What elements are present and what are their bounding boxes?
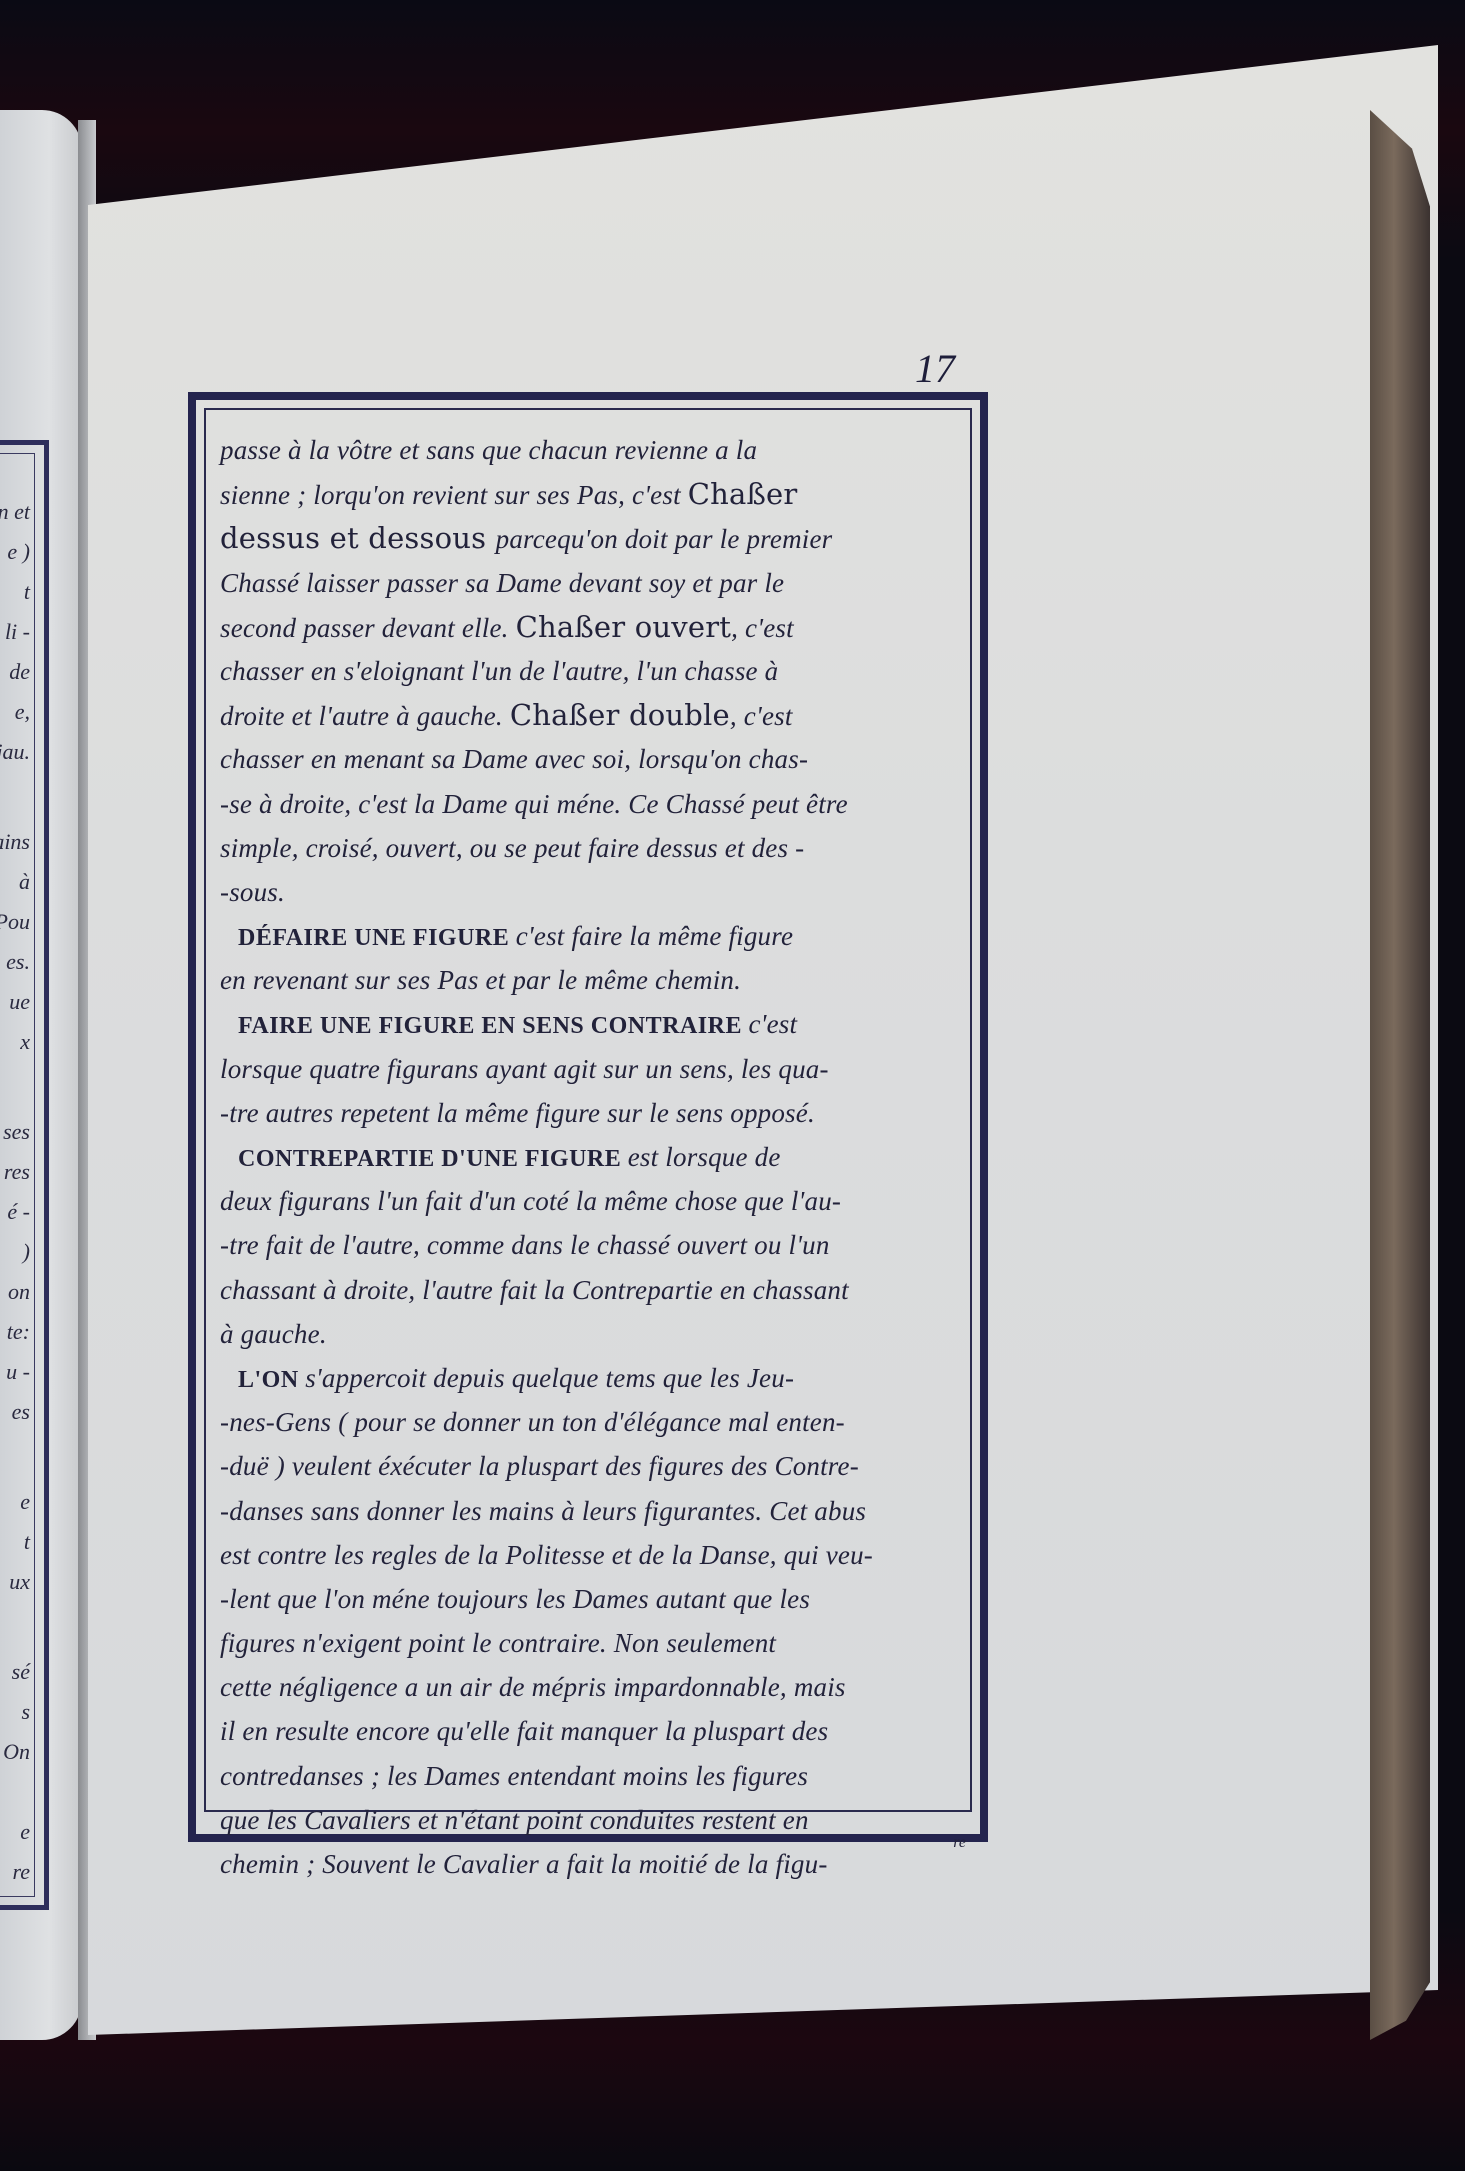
text-span: -duë ) veulent éxécuter la pluspart des … [220,1451,859,1481]
text-line: L'ON s'appercoit depuis quelque tems que… [220,1356,956,1400]
left-page-text-fragment: s [21,1699,30,1725]
left-page-text-fragment: ) [23,1239,30,1265]
text-span: -tre autres repetent la même figure sur … [220,1098,815,1128]
text-span: -tre fait de l'autre, comme dans le chas… [220,1230,830,1260]
text-span: que les Cavaliers et n'étant point condu… [220,1805,809,1835]
left-page-text-fragment: n et [0,499,30,525]
text-span: chassant à droite, l'autre fait la Contr… [220,1275,849,1305]
left-page-text-fragment: jau. [0,739,30,765]
term-heading: CONTREPARTIE D'UNE FIGURE [238,1146,628,1172]
text-span: il en resulte encore qu'elle fait manque… [220,1716,828,1746]
page-number: 17 [915,345,955,392]
left-page-text-fragment: e, [15,699,30,725]
text-line: chasser en s'eloignant l'un de l'autre, … [220,649,956,693]
text-span: s'appercoit depuis quelque tems que les … [305,1363,794,1393]
text-line: il en resulte encore qu'elle fait manque… [220,1709,956,1753]
term-heading: DÉFAIRE UNE FIGURE [238,925,516,951]
text-line: cette négligence a un air de mépris impa… [220,1665,956,1709]
term-heading: FAIRE UNE FIGURE EN SENS CONTRAIRE [238,1013,748,1039]
term-roman: Chaßer double [510,698,730,732]
left-page-text-fragment: te: [7,1319,30,1345]
engraved-text-frame: passe à la vôtre et sans que chacun revi… [188,392,988,1842]
page-block-edge [1370,110,1430,2040]
left-page-text-fragment: t [24,1529,30,1555]
text-span: figures n'exigent point le contraire. No… [220,1628,776,1658]
text-line: -duë ) veulent éxécuter la pluspart des … [220,1444,956,1488]
text-span: droite et l'autre à gauche. [220,701,510,731]
left-page-text-fragment: sé [12,1659,30,1685]
left-page-text-fragment: de [9,659,30,685]
text-span: Chassé laisser passer sa Dame devant soy… [220,568,784,598]
text-line: second passer devant elle. Chaßer ouvert… [220,605,956,649]
left-page-text-fragment: Pou [0,909,30,935]
text-line: dessus et dessous parcequ'on doit par le… [220,516,956,560]
text-span: , c'est [731,613,794,643]
text-line: figures n'exigent point le contraire. No… [220,1621,956,1665]
text-line: sienne ; lorqu'on revient sur ses Pas, c… [220,472,956,516]
text-line: est contre les regles de la Politesse et… [220,1533,956,1577]
text-line: -sous. [220,870,956,914]
text-line: simple, croisé, ouvert, ou se peut faire… [220,826,956,870]
text-line: -se à droite, c'est la Dame qui méne. Ce… [220,782,956,826]
text-span: passe à la vôtre et sans que chacun revi… [220,435,757,465]
text-line: passe à la vôtre et sans que chacun revi… [220,428,956,472]
text-line: chemin ; Souvent le Cavalier a fait la m… [220,1842,956,1886]
text-span: second passer devant elle. [220,613,516,643]
text-span: -danses sans donner les mains à leurs fi… [220,1496,866,1526]
term-roman: dessus et dessous [220,521,496,555]
catchword: re [953,1834,966,1852]
text-line: -lent que l'on méne toujours les Dames a… [220,1577,956,1621]
text-line: -nes-Gens ( pour se donner un ton d'élég… [220,1400,956,1444]
text-line: à gauche. [220,1312,956,1356]
text-line: -danses sans donner les mains à leurs fi… [220,1489,956,1533]
term-heading: L'ON [238,1367,305,1393]
text-span: deux figurans l'un fait d'un coté la mêm… [220,1186,841,1216]
text-span: en revenant sur ses Pas et par le même c… [220,965,741,995]
text-block: passe à la vôtre et sans que chacun revi… [204,408,972,1812]
left-page-text-fragment: ue [9,989,30,1015]
text-line: DÉFAIRE UNE FIGURE c'est faire la même f… [220,914,956,958]
left-page-text-fragment: re [12,1859,30,1885]
text-line: chasser en menant sa Dame avec soi, lors… [220,737,956,781]
text-span: chasser en menant sa Dame avec soi, lors… [220,744,808,774]
left-page-text-fragment: ses [3,1119,30,1145]
text-span: contredanses ; les Dames entendant moins… [220,1761,808,1791]
left-page-text-fragment: ains [0,829,30,855]
term-roman: Chaßer [688,477,798,511]
text-line: en revenant sur ses Pas et par le même c… [220,958,956,1002]
left-page-text-fragment: x [20,1029,30,1055]
text-line: lorsque quatre figurans ayant agit sur u… [220,1047,956,1091]
text-span: -sous. [220,877,285,907]
text-span: simple, croisé, ouvert, ou se peut faire… [220,833,804,863]
text-line: -tre autres repetent la même figure sur … [220,1091,956,1135]
left-page-text-fragment: e [20,1819,30,1845]
left-page-text-fragment: es [12,1399,30,1425]
term-roman: Chaßer ouvert [516,610,732,644]
text-span: c'est faire la même figure [516,921,793,951]
left-page-text-fragment: es. [6,949,30,975]
left-page-text-fragment: e [20,1489,30,1515]
text-span: à gauche. [220,1319,327,1349]
text-line: chassant à droite, l'autre fait la Contr… [220,1268,956,1312]
left-page-text-fragment: on [8,1279,30,1305]
left-page-text-fragment: ux [9,1569,30,1595]
text-span: -se à droite, c'est la Dame qui méne. Ce… [220,789,848,819]
text-span: est contre les regles de la Politesse et… [220,1540,873,1570]
left-page: n ete )tli -dee,jau.ainsàPoues.uexsesres… [0,110,82,2040]
text-line: droite et l'autre à gauche. Chaßer doubl… [220,693,956,737]
text-span: lorsque quatre figurans ayant agit sur u… [220,1054,829,1084]
text-span: c'est [748,1009,797,1039]
text-line: deux figurans l'un fait d'un coté la mêm… [220,1179,956,1223]
text-span: parcequ'on doit par le premier [496,524,833,554]
text-line: -tre fait de l'autre, comme dans le chas… [220,1223,956,1267]
text-line: FAIRE UNE FIGURE EN SENS CONTRAIRE c'est [220,1002,956,1046]
left-page-text-fragment: li - [5,619,30,645]
text-span: chemin ; Souvent le Cavalier a fait la m… [220,1849,828,1879]
text-span: -nes-Gens ( pour se donner un ton d'élég… [220,1407,845,1437]
left-page-text-fragment: é - [7,1199,30,1225]
left-page-text-fragment: On [3,1739,30,1765]
text-span: chasser en s'eloignant l'un de l'autre, … [220,656,778,686]
left-page-text-fragment: u - [6,1359,30,1385]
text-span: cette négligence a un air de mépris impa… [220,1672,846,1702]
text-line: CONTREPARTIE D'UNE FIGURE est lorsque de [220,1135,956,1179]
text-span: , c'est [730,701,793,731]
text-span: sienne ; lorqu'on revient sur ses Pas, c… [220,480,688,510]
left-page-frame: n ete )tli -dee,jau.ainsàPoues.uexsesres… [0,440,49,1910]
left-page-text-fragment: à [19,869,30,895]
left-page-text-fragment: e ) [7,539,30,565]
text-line: Chassé laisser passer sa Dame devant soy… [220,561,956,605]
text-line: contredanses ; les Dames entendant moins… [220,1754,956,1798]
text-span: -lent que l'on méne toujours les Dames a… [220,1584,810,1614]
text-span: est lorsque de [628,1142,781,1172]
left-page-text-fragment: res [4,1159,30,1185]
text-line: que les Cavaliers et n'étant point condu… [220,1798,956,1842]
left-page-frame-inner: n ete )tli -dee,jau.ainsàPoues.uexsesres… [0,453,35,1897]
left-page-text-fragment: t [24,579,30,605]
